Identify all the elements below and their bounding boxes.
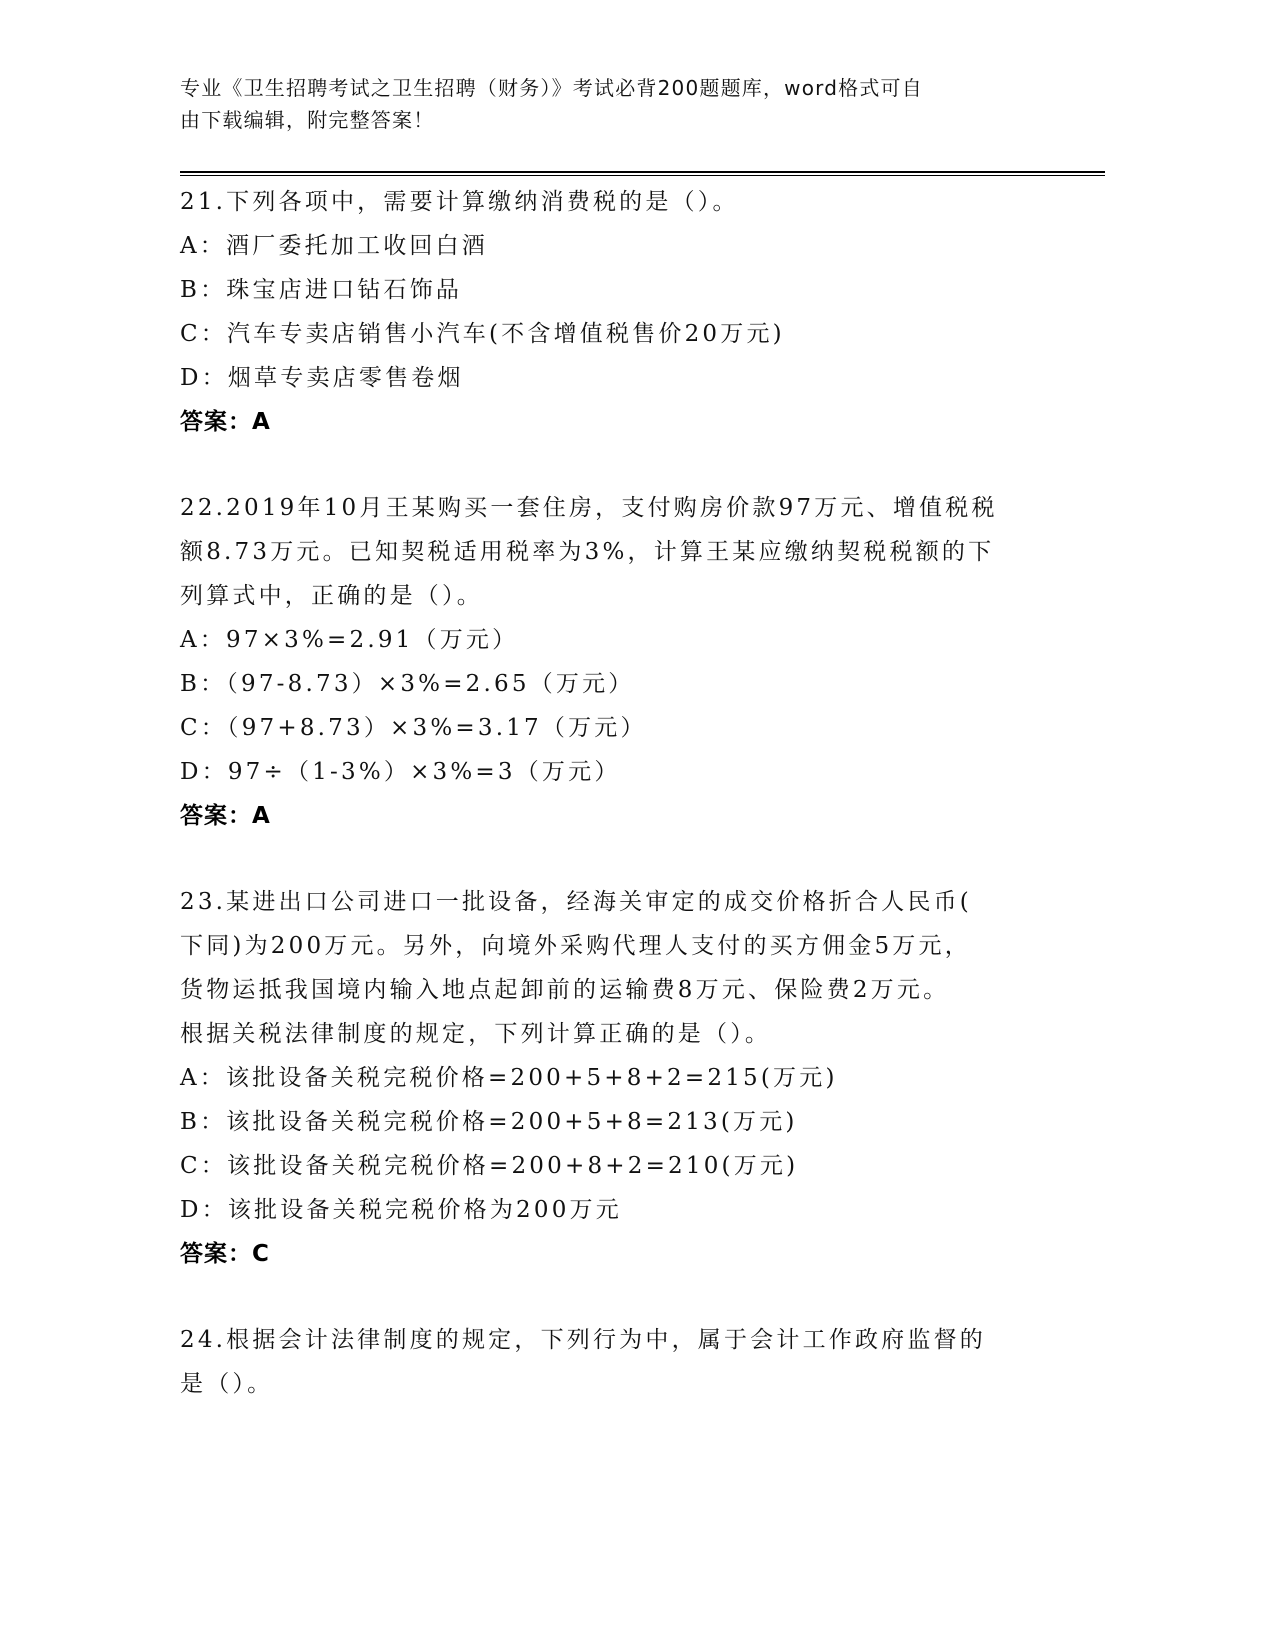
option-d: D：该批设备关税完税价格为200万元 [180,1188,1040,1232]
question-stem: 22.2019年10月王某购买一套住房，支付购房价款97万元、增值税税 [180,486,1040,530]
question-23: 23.某进出口公司进口一批设备，经海关审定的成交价格折合人民币( 下同)为200… [180,880,1040,1276]
spacer [180,838,1040,880]
header-line-2: 由下载编辑，附完整答案！ [180,104,1040,136]
option-c: C：（97+8.73）×3%=3.17（万元） [180,706,1040,750]
option-d: D：97÷（1-3%）×3%=3（万元） [180,750,1040,794]
question-stem: 根据关税法律制度的规定，下列计算正确的是（）。 [180,1012,1040,1056]
question-stem: 24.根据会计法律制度的规定，下列行为中，属于会计工作政府监督的 [180,1318,1040,1362]
option-c: C：该批设备关税完税价格=200+8+2=210(万元) [180,1144,1040,1188]
question-22: 22.2019年10月王某购买一套住房，支付购房价款97万元、增值税税 额8.7… [180,486,1040,838]
option-b: B：该批设备关税完税价格=200+5+8=213(万元) [180,1100,1040,1144]
question-stem: 货物运抵我国境内输入地点起卸前的运输费8万元、保险费2万元。 [180,968,1040,1012]
document-header: 专业《卫生招聘考试之卫生招聘（财务）》考试必背200题题库，word格式可自 由… [180,72,1040,136]
document-page: 专业《卫生招聘考试之卫生招聘（财务）》考试必背200题题库，word格式可自 由… [0,0,1275,1650]
option-b: B：珠宝店进口钻石饰品 [180,268,1040,312]
header-line-1: 专业《卫生招聘考试之卫生招聘（财务）》考试必背200题题库，word格式可自 [180,72,1040,104]
option-a: A：该批设备关税完税价格=200+5+8+2=215(万元) [180,1056,1040,1100]
option-a: A：酒厂委托加工收回白酒 [180,224,1040,268]
question-21: 21.下列各项中，需要计算缴纳消费税的是（）。 A：酒厂委托加工收回白酒 B：珠… [180,180,1040,444]
option-a: A：97×3%=2.91（万元） [180,618,1040,662]
option-c: C：汽车专卖店销售小汽车(不含增值税售价20万元) [180,312,1040,356]
question-stem: 列算式中，正确的是（）。 [180,574,1040,618]
question-stem: 23.某进出口公司进口一批设备，经海关审定的成交价格折合人民币( [180,880,1040,924]
header-double-rule [180,171,1105,177]
answer-label: 答案：C [180,1232,1040,1276]
answer-label: 答案：A [180,794,1040,838]
spacer [180,1276,1040,1318]
answer-label: 答案：A [180,400,1040,444]
option-d: D：烟草专卖店零售卷烟 [180,356,1040,400]
option-b: B：（97-8.73）×3%=2.65（万元） [180,662,1040,706]
rule-thin-line [180,175,1105,176]
spacer [180,444,1040,486]
question-stem: 是（）。 [180,1362,1040,1406]
question-24: 24.根据会计法律制度的规定，下列行为中，属于会计工作政府监督的 是（）。 [180,1318,1040,1406]
question-list: 21.下列各项中，需要计算缴纳消费税的是（）。 A：酒厂委托加工收回白酒 B：珠… [180,180,1040,1406]
question-stem: 额8.73万元。已知契税适用税率为3%，计算王某应缴纳契税税额的下 [180,530,1040,574]
question-stem: 下同)为200万元。另外，向境外采购代理人支付的买方佣金5万元， [180,924,1040,968]
question-stem: 21.下列各项中，需要计算缴纳消费税的是（）。 [180,180,1040,224]
rule-thick-line [180,171,1105,173]
